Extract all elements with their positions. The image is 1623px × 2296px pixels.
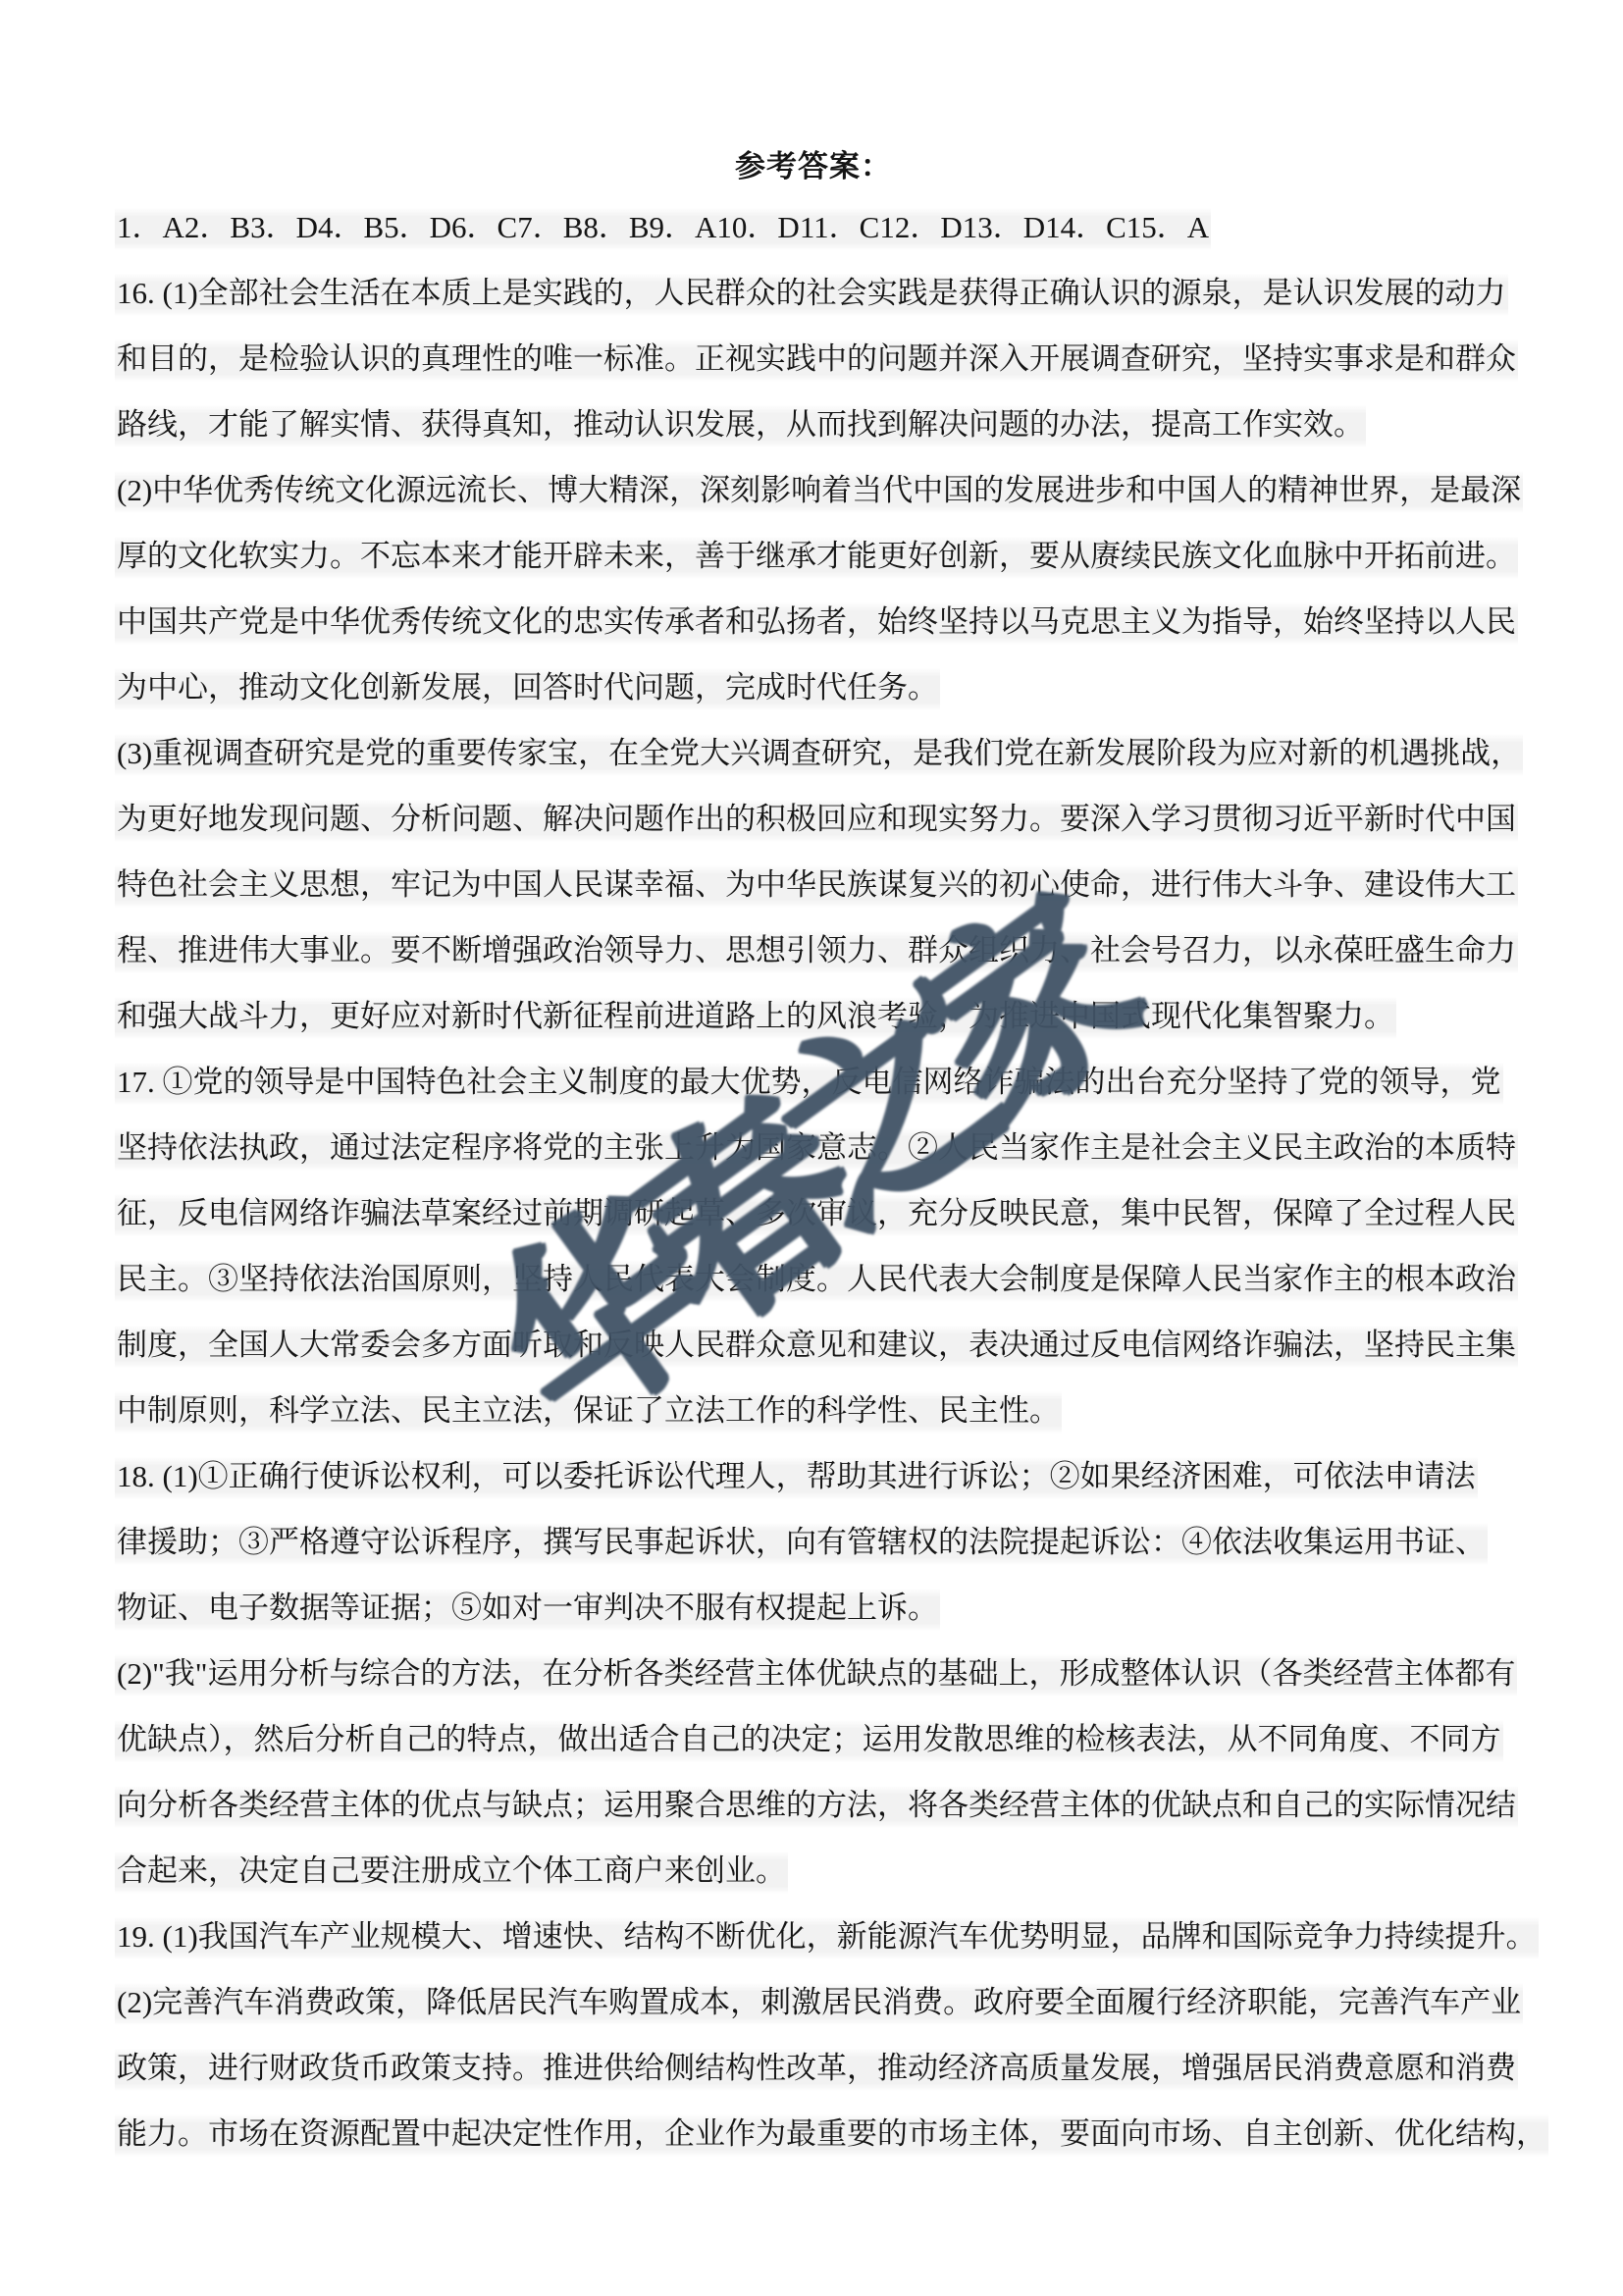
question-16-line: 16. (1)全部社会生活在本质上是实践的，人民群众的社会实践是获得正确认识的源… xyxy=(115,260,1508,326)
document-body: 1．A2．B3．D4．B5．D6．C7．B8．B9．A10．D11．C12．D1… xyxy=(115,194,1512,2166)
question-17-line: 民主。③坚持依法治国原则，坚持人民代表大会制度。人民代表大会制度是保障人民当家作… xyxy=(115,1246,1518,1312)
question-18-line: 优缺点），然后分析自己的特点，做出适合自己的决定；运用发散思维的检核表法，从不同… xyxy=(115,1706,1503,1772)
question-16-line: 为中心，推动文化创新发展，回答时代问题，完成时代任务。 xyxy=(115,654,940,720)
answer-sheet: 参考答案： 1．A2．B3．D4．B5．D6．C7．B8．B9．A10．D11．… xyxy=(115,143,1512,2166)
question-16-line: (2)中华优秀传统文化源远流长、博大精深，深刻影响着当代中国的发展进步和中国人的… xyxy=(115,457,1523,523)
question-17-line: 坚持依法执政，通过法定程序将党的主张上升为国家意志。②人民当家作主是社会主义民主… xyxy=(115,1115,1518,1180)
question-19-line: (2)完善汽车消费政策，降低居民汽车购置成本，刺激居民消费。政府要全面履行经济职… xyxy=(115,1969,1523,2035)
answer-key-line: 1．A2．B3．D4．B5．D6．C7．B8．B9．A10．D11．C12．D1… xyxy=(115,194,1211,260)
question-19-line: 能力。市场在资源配置中起决定性作用，企业作为最重要的市场主体，要面向市场、自主创… xyxy=(115,2101,1548,2166)
question-16-line: 程、推进伟大事业。要不断增强政治领导力、思想引领力、群众组织力、社会号召力，以永… xyxy=(115,917,1518,983)
question-16-line: 中国共产党是中华优秀传统文化的忠实传承者和弘扬者，始终坚持以马克思主义为指导，始… xyxy=(115,589,1518,654)
question-18-line: (2)"我"运用分析与综合的方法，在分析各类经营主体优缺点的基础上，形成整体认识… xyxy=(115,1641,1517,1706)
page-title: 参考答案： xyxy=(115,143,1512,190)
question-16-line: 为更好地发现问题、分析问题、解决问题作出的积极回应和现实努力。要深入学习贯彻习近… xyxy=(115,786,1518,852)
question-16-line: (3)重视调查研究是党的重要传家宝，在全党大兴调查研究，是我们党在新发展阶段为应… xyxy=(115,720,1523,786)
question-16-line: 厚的文化软实力。不忘本来才能开辟未来，善于继承才能更好创新，要从赓续民族文化血脉… xyxy=(115,523,1518,589)
question-16-line: 和强大战斗力，更好应对新时代新征程前进道路上的风浪考验，为推进中国式现代化集智聚… xyxy=(115,983,1396,1049)
question-18-line: 合起来，决定自己要注册成立个体工商户来创业。 xyxy=(115,1838,788,1904)
question-18-line: 18. (1)①正确行使诉讼权利，可以委托诉讼代理人，帮助其进行诉讼；②如果经济… xyxy=(115,1443,1478,1509)
question-16-line: 特色社会主义思想，牢记为中国人民谋幸福、为中华民族谋复兴的初心使命，进行伟大斗争… xyxy=(115,852,1518,917)
question-16-line: 路线，才能了解实情、获得真知，推动认识发展，从而找到解决问题的办法，提高工作实效… xyxy=(115,391,1366,457)
question-16-line: 和目的，是检验认识的真理性的唯一标准。正视实践中的问题并深入开展调查研究，坚持实… xyxy=(115,326,1518,391)
question-18-line: 物证、电子数据等证据；⑤如对一审判决不服有权提起上诉。 xyxy=(115,1575,940,1641)
question-19-line: 19. (1)我国汽车产业规模大、增速快、结构不断优化，新能源汽车优势明显，品牌… xyxy=(115,1904,1539,1969)
question-17-line: 制度，全国人大常委会多方面听取和反映人民群众意见和建议，表决通过反电信网络诈骗法… xyxy=(115,1312,1518,1378)
document-page: 参考答案： 1．A2．B3．D4．B5．D6．C7．B8．B9．A10．D11．… xyxy=(0,0,1623,2296)
question-17-line: 征，反电信网络诈骗法草案经过前期调研起草、多次审议，充分反映民意，集中民智，保障… xyxy=(115,1180,1518,1246)
question-17-line: 中制原则，科学立法、民主立法，保证了立法工作的科学性、民主性。 xyxy=(115,1378,1062,1443)
question-19-line: 政策，进行财政货币政策支持。推进供给侧结构性改革，推动经济高质量发展，增强居民消… xyxy=(115,2035,1518,2101)
question-18-line: 向分析各类经营主体的优点与缺点；运用聚合思维的方法，将各类经营主体的优缺点和自己… xyxy=(115,1772,1518,1838)
question-18-line: 律援助；③严格遵守讼诉程序，撰写民事起诉状，向有管辖权的法院提起诉讼：④依法收集… xyxy=(115,1509,1488,1575)
question-17-line: 17. ①党的领导是中国特色社会主义制度的最大优势，反电信网络诈骗法的出台充分坚… xyxy=(115,1049,1503,1115)
